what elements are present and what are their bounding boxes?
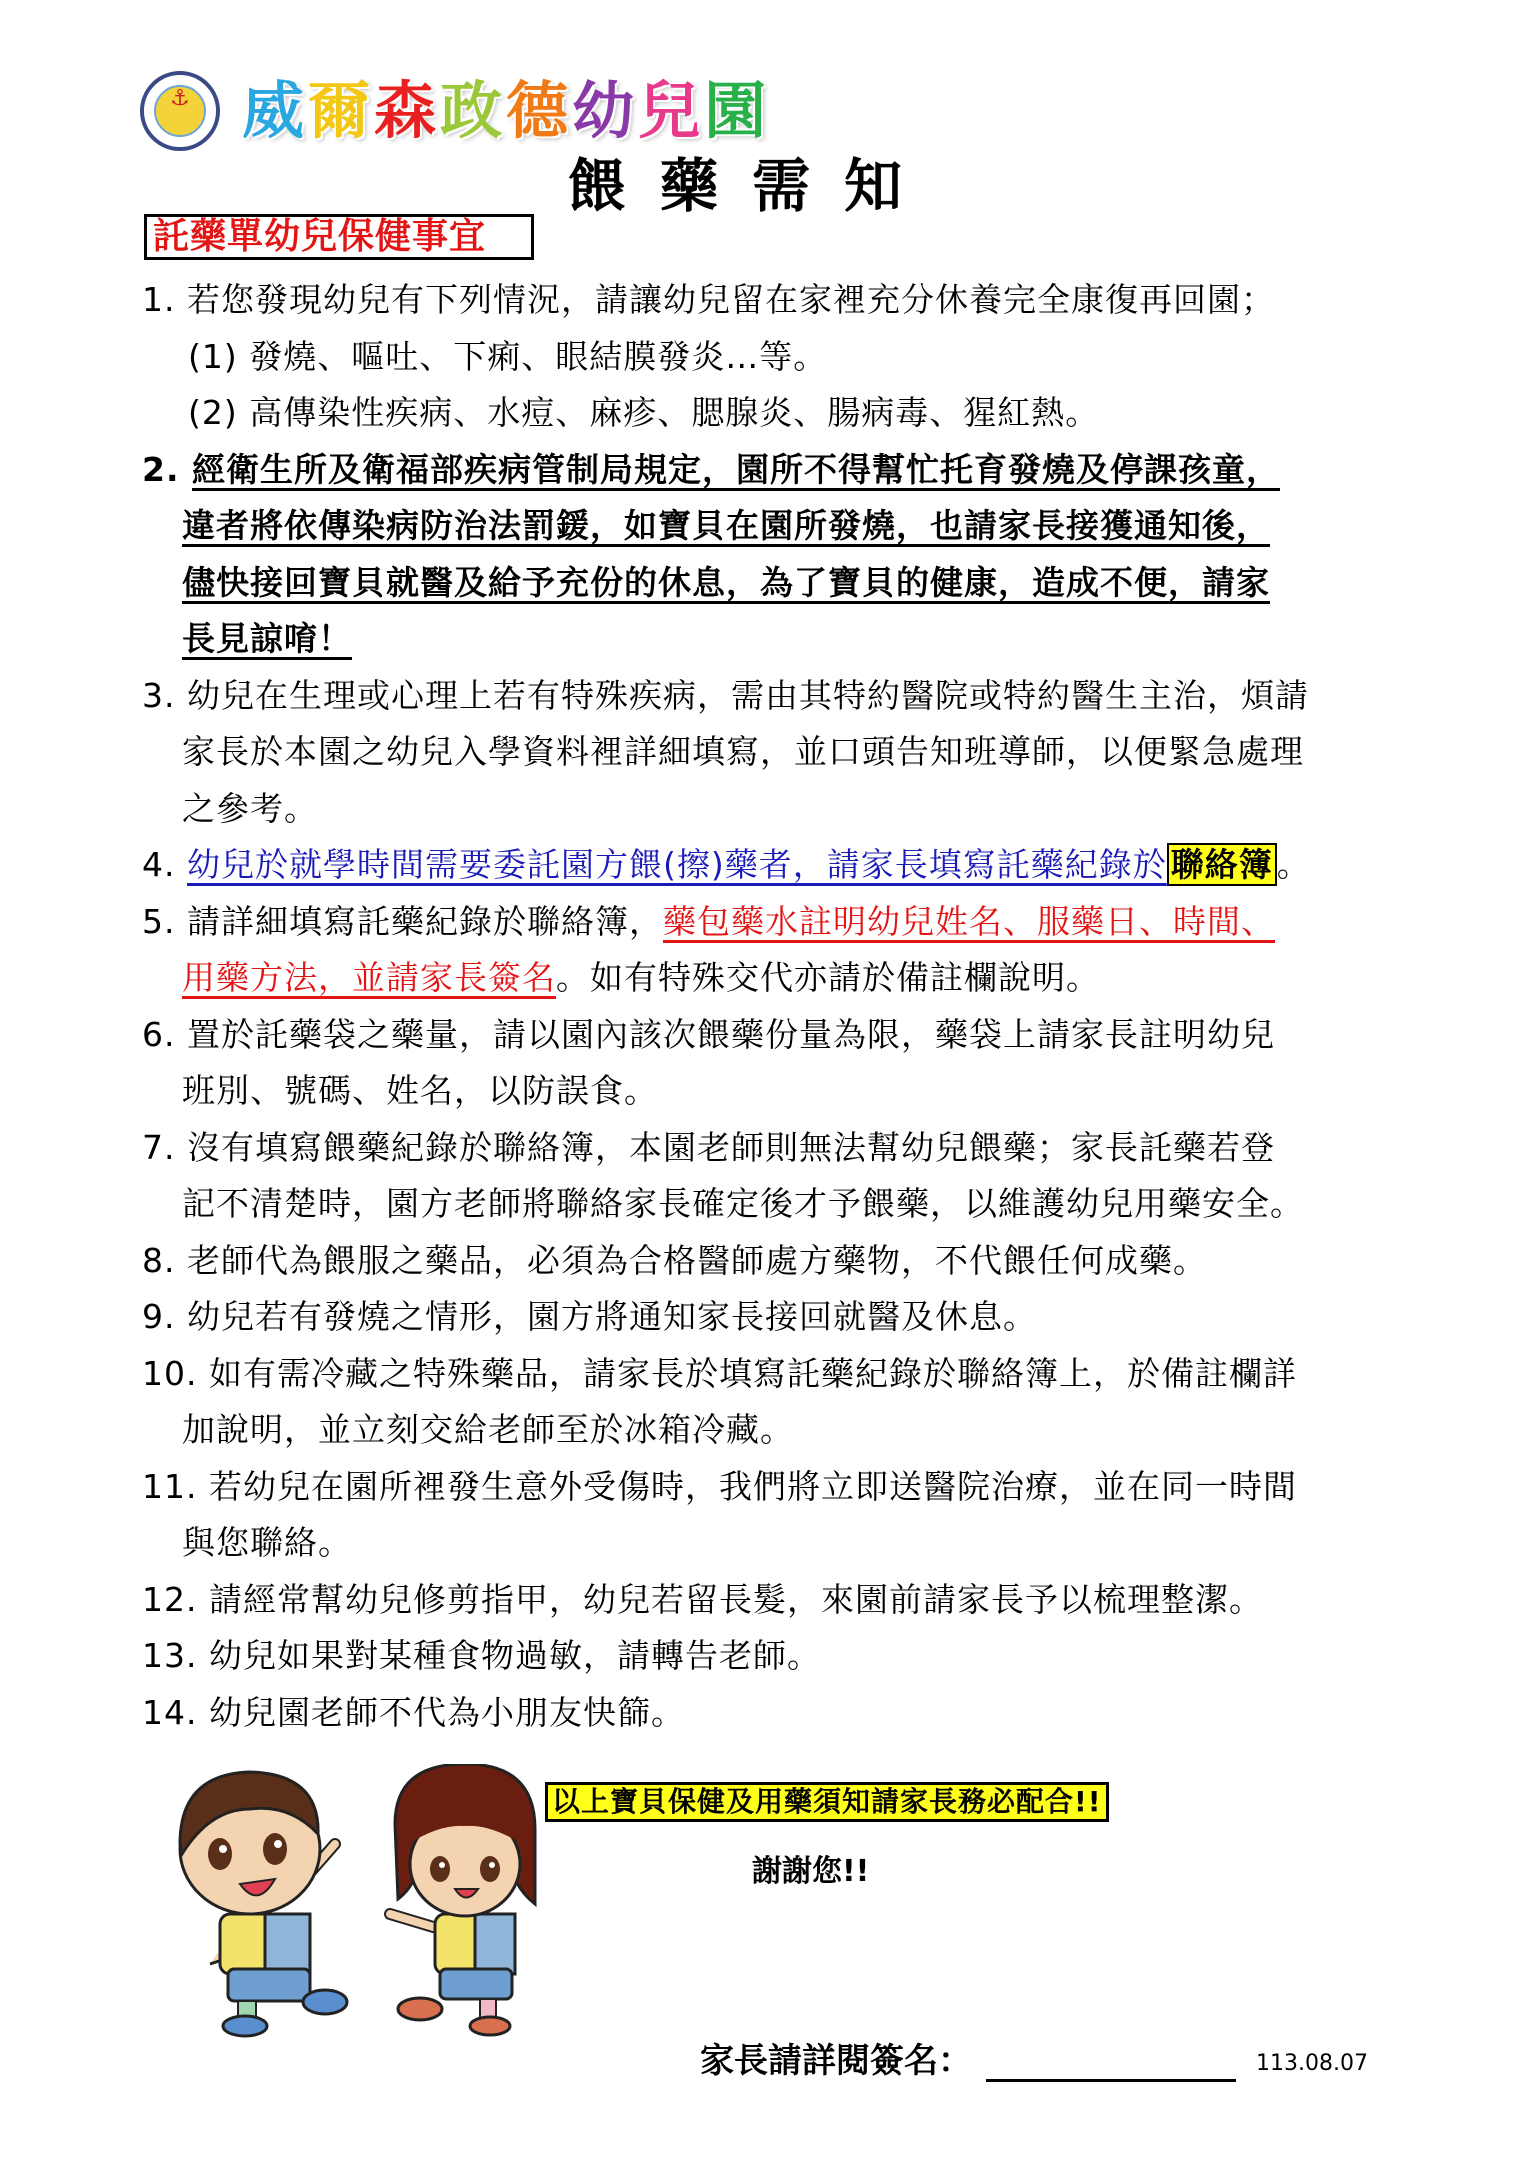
school-name-char: 政 [440, 71, 502, 151]
signature-blank-line[interactable] [986, 2045, 1236, 2082]
list-item-2-cont: 違者將依傳染病防治法罰鍰，如寶貝在園所發燒，也請家長接獲通知後， [142, 498, 1382, 555]
section-heading-box: 託藥單幼兒保健事宜 [144, 214, 534, 260]
list-item-1: 1. 若您發現幼兒有下列情況，請讓幼兒留在家裡充分休養完全康復再回園； [142, 272, 1382, 329]
list-item-5: 5. 請詳細填寫託藥紀錄於聯絡簿，藥包藥水註明幼兒姓名、服藥日、時間、 [142, 894, 1382, 951]
highlighted-text: 聯絡簿 [1167, 843, 1277, 886]
list-item-8: 8. 老師代為餵服之藥品，必須為合格醫師處方藥物，不代餵任何成藥。 [142, 1233, 1382, 1290]
list-item-5-cont: 用藥方法，並請家長簽名。如有特殊交代亦請於備註欄說明。 [142, 950, 1382, 1007]
school-logo: ⚓ 威 爾 森 政 德 幼 兒 園 [140, 66, 770, 156]
list-item-10: 10. 如有需冷藏之特殊藥品，請家長於填寫託藥紀錄於聯絡簿上，於備註欄詳 [142, 1346, 1382, 1403]
blue-underlined-text: 幼兒於就學時間需要委託園方餵(擦)藥者，請家長填寫託藥紀錄於 [187, 845, 1167, 884]
document-date: 113.08.07 [1256, 2050, 1368, 2078]
list-item-3-cont: 家長於本園之幼兒入學資料裡詳細填寫，並口頭告知班導師，以便緊急處理 [142, 724, 1382, 781]
list-item-13: 13. 幼兒如果對某種食物過敏，請轉告老師。 [142, 1628, 1382, 1685]
list-item-10-cont: 加說明，並立刻交給老師至於冰箱冷藏。 [142, 1402, 1382, 1459]
signature-row: 家長請詳閱簽名： 113.08.07 [700, 2040, 1368, 2082]
red-underlined-text: 藥包藥水註明幼兒姓名、服藥日、時間、 [663, 902, 1275, 941]
list-item-3-cont: 之參考。 [142, 781, 1382, 838]
cooperation-notice-banner: 以上寶貝保健及用藥須知請家長務必配合!! [545, 1782, 1109, 1822]
school-name-char: 爾 [308, 71, 370, 151]
list-item-7: 7. 沒有填寫餵藥紀錄於聯絡簿，本園老師則無法幫幼兒餵藥；家長託藥若登 [142, 1120, 1382, 1177]
list-item-11: 11. 若幼兒在園所裡發生意外受傷時，我們將立即送醫院治療，並在同一時間 [142, 1459, 1382, 1516]
list-item-9: 9. 幼兒若有發燒之情形，園方將通知家長接回就醫及休息。 [142, 1289, 1382, 1346]
cooperation-notice-text: 以上寶貝保健及用藥須知請家長務必配合!! [552, 1785, 1102, 1819]
list-item-12: 12. 請經常幫幼兒修剪指甲，幼兒若留長髮，來園前請家長予以梳理整潔。 [142, 1572, 1382, 1629]
cartoon-children-illustration [150, 1764, 540, 2038]
school-name: 威 爾 森 政 德 幼 兒 園 [242, 71, 770, 151]
list-item-3: 3. 幼兒在生理或心理上若有特殊疾病，需由其特約醫院或特約醫生主治，煩請 [142, 668, 1382, 725]
list-item-6: 6. 置於託藥袋之藥量，請以園內該次餵藥份量為限，藥袋上請家長註明幼兒 [142, 1007, 1382, 1064]
girl-illustration [390, 1764, 535, 2035]
school-name-char: 園 [704, 71, 766, 151]
sub-item-1-1: (1) 發燒、嘔吐、下痢、眼結膜發炎…等。 [142, 329, 1382, 386]
anchor-icon: ⚓ [144, 85, 216, 113]
list-item-4: 4. 幼兒於就學時間需要委託園方餵(擦)藥者，請家長填寫託藥紀錄於聯絡簿。 [142, 837, 1382, 894]
school-emblem-icon: ⚓ [140, 71, 220, 151]
school-name-char: 德 [506, 71, 568, 151]
list-item-6-cont: 班別、號碼、姓名，以防誤食。 [142, 1063, 1382, 1120]
signature-label: 家長請詳閱簽名： [700, 2040, 972, 2082]
school-name-char: 威 [242, 71, 304, 151]
list-item-2-cont: 儘快接回寶貝就醫及給予充份的休息，為了寶貝的健康，造成不便，請家 [142, 555, 1382, 612]
document-title: 餵藥需知 [568, 148, 936, 224]
red-underlined-text: 用藥方法，並請家長簽名 [182, 958, 556, 997]
school-name-char: 森 [374, 71, 436, 151]
boy-illustration [180, 1772, 347, 2036]
list-item-2: 2. 經衛生所及衛福部疾病管制局規定，園所不得幫忙托育發燒及停課孩童， [142, 442, 1382, 499]
thanks-text: 謝謝您!! [752, 1852, 869, 1892]
list-item-2-cont: 長見諒唷！ [142, 611, 1382, 668]
list-item-11-cont: 與您聯絡。 [142, 1515, 1382, 1572]
notice-list: 1. 若您發現幼兒有下列情況，請讓幼兒留在家裡充分休養完全康復再回園； (1) … [142, 272, 1382, 1741]
list-item-14: 14. 幼兒園老師不代為小朋友快篩。 [142, 1685, 1382, 1742]
school-name-char: 兒 [638, 71, 700, 151]
section-heading: 託藥單幼兒保健事宜 [153, 217, 486, 257]
list-item-7-cont: 記不清楚時，園方老師將聯絡家長確定後才予餵藥，以維護幼兒用藥安全。 [142, 1176, 1382, 1233]
school-name-char: 幼 [572, 71, 634, 151]
sub-item-1-2: (2) 高傳染性疾病、水痘、麻疹、腮腺炎、腸病毒、猩紅熱。 [142, 385, 1382, 442]
